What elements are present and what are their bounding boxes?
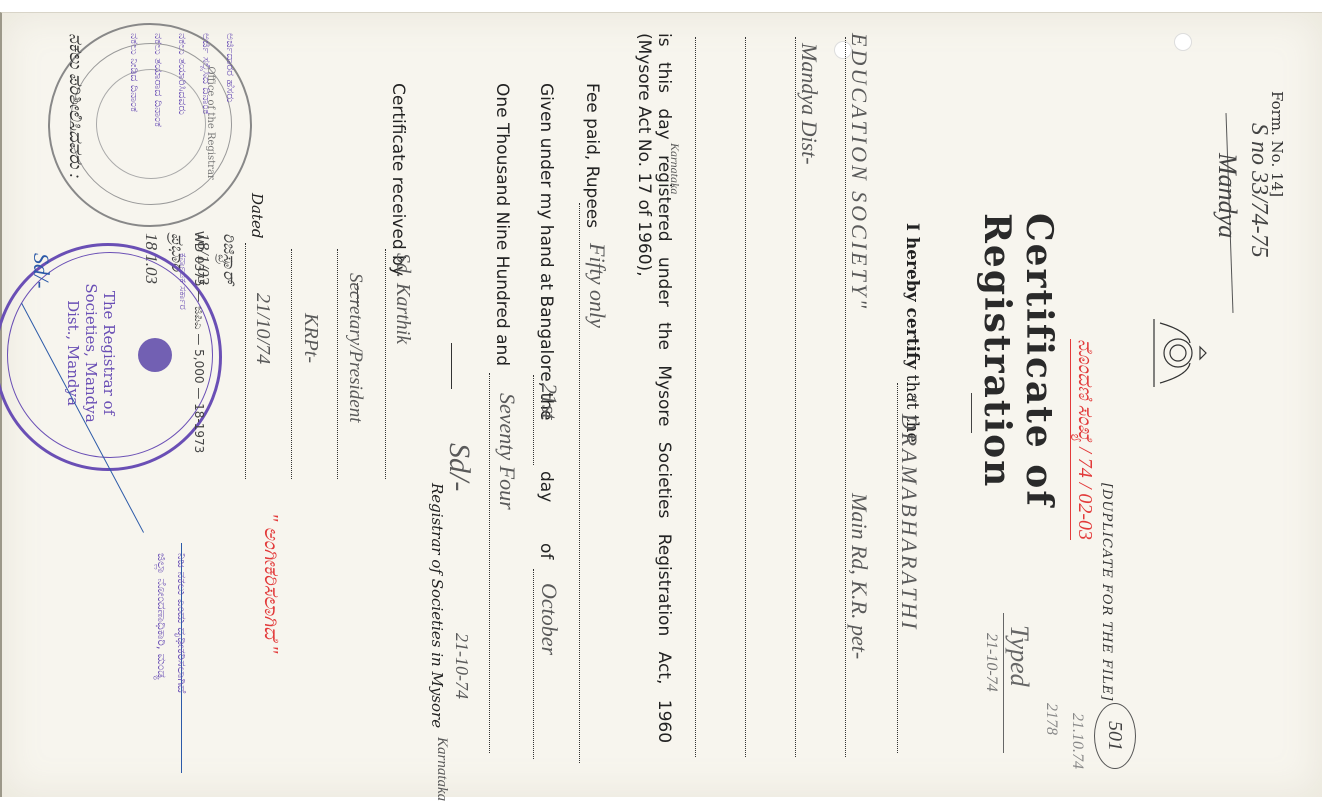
rotated-document: Form. No. 14] S no 33/74-75 Mandya [DUPL… <box>0 0 1328 808</box>
registrar-signature: Sd/- <box>442 443 476 491</box>
act-line-1: is this day registered under the Mysore … <box>654 33 674 743</box>
dotted-line <box>489 373 490 753</box>
dotted-line <box>337 249 338 479</box>
copy-details-labels: ಅರ್ಜಿದಾರರ ಹೆಸರು ಅರ್ಜಿ ಸಲ್ಲಿಸಿದ ದಿನಾಂಕ ನಕ… <box>122 33 242 127</box>
dotted-line <box>579 203 580 763</box>
society-name-2: EDUCATION SOCIETY" <box>846 33 872 311</box>
dotted-line <box>533 375 534 465</box>
society-name-1: " DRAMABHARATHI <box>896 393 922 632</box>
typed-date: 21-10-74 <box>982 633 1000 692</box>
given-month: October <box>536 583 562 655</box>
top-date: 21.10.74 <box>1068 713 1086 769</box>
certified-copy-text: ನಿಜ ನಕಲು ಎಂದು ದೃಢೀಕರಿಸಲಾಗಿದೆ ಜಿಲ್ಲಾ ನೋಂದ… <box>152 553 192 793</box>
dotted-line <box>533 569 534 759</box>
wd-number: WD 0375 — ಜಿಪಿಎ — 5,000 — 18-1973 <box>191 231 206 453</box>
duplicate-note: [DUPLICATE FOR THE FILE] <box>1099 483 1114 701</box>
registrar-seal-text: The Registrar of Societies, Mandya Dist.… <box>64 278 118 428</box>
received-label: Certificate received by <box>388 83 408 276</box>
copy-label: ಅರ್ಜಿದಾರರ ಹೆಸರು <box>218 33 242 127</box>
given-label: Given under my hand at Bangalore, the <box>536 83 556 420</box>
registrar-title: Registrar of Societies in Mysore <box>428 483 446 728</box>
punch-hole <box>1174 33 1192 51</box>
day-label: day <box>536 471 556 502</box>
dated-value: 21/10/74 <box>251 293 274 364</box>
dotted-line <box>385 249 386 479</box>
registrar-signature-date: 21-10-74 <box>451 633 472 699</box>
received-designation: Secretary/President <box>344 273 366 423</box>
society-address: Main Rd, K.R. pet- <box>846 493 872 659</box>
underline <box>1003 613 1004 753</box>
fee-label: Fee paid, Rupees <box>582 83 602 228</box>
fee-value: Fifty only <box>584 243 610 328</box>
dotted-line <box>291 249 292 479</box>
seal-emblem-icon <box>138 338 172 372</box>
place-note: Mandya <box>1212 153 1242 238</box>
society-place: Mandya Dist- <box>796 43 822 165</box>
certificate-paper: Form. No. 14] S no 33/74-75 Mandya [DUPL… <box>0 12 1322 797</box>
serial-number: S no 33/74-75 <box>1245 123 1272 258</box>
certified-subline: ಜಿಲ್ಲಾ ನೋಂದಣಾಧಿಕಾರಿ, ಮಂಡ್ಯ <box>152 553 172 793</box>
wd-sub: ಕರ್ನಾಟಕ ಸರ್ಕಾರ <box>177 253 188 310</box>
registrar-state: Karnataka <box>433 737 450 801</box>
file-number: 501 <box>1094 703 1136 769</box>
red-reference: ನೊಂದಣಿ ಸಂಖ್ಯೆ / 74 / 02-03 <box>1070 339 1096 540</box>
typed-stamp: Typed <box>1004 625 1034 687</box>
divider <box>971 393 972 433</box>
copy-label: ನಕಲು ತಯಾರಾದ ದಿನಾಂಕ <box>146 33 170 127</box>
state-emblem-icon <box>1150 313 1210 393</box>
state-correction: Karnataka <box>667 143 682 194</box>
dated-label: Dated <box>248 193 266 238</box>
given-day: 21st <box>536 383 562 420</box>
of-label: of <box>536 543 556 559</box>
copy-value: ರಿಜಿಸ್ಟ್ರಾರ್ <box>216 233 242 285</box>
act-line-2: (Mysore Act No. 17 of 1960), <box>634 33 654 277</box>
approved-note: " ಅಂಗೀಕರಿಸಲಾಗಿದೆ " <box>259 513 282 653</box>
blue-signature: Sd/- <box>28 253 54 288</box>
copy-label: ನಕಲು ನೀಡಿದ ದಿನಾಂಕ <box>122 33 146 127</box>
received-name: Sd. Karthik <box>391 253 414 344</box>
received-place: KRPt- <box>299 313 322 363</box>
dotted-line <box>695 37 696 757</box>
year-value: Seventy Four <box>494 393 520 510</box>
copy-label: ನಕಲು ತಯಾರಿಸಿದವರು <box>170 33 194 127</box>
copy-label: ಅರ್ಜಿ ಸಲ್ಲಿಸಿದ ದಿನಾಂಕ <box>194 33 218 127</box>
certified-line: ನಿಜ ನಕಲು ಎಂದು ದೃಢೀಕರಿಸಲಾಗಿದೆ <box>172 553 192 793</box>
verified-by: ನಕಲು ಪರಿಶೀಲಿಸಿದವರು : <box>65 33 86 179</box>
certify-bold: I hereby certify <box>902 223 922 369</box>
year-label: One Thousand Nine Hundred and <box>492 83 512 366</box>
dotted-line <box>245 243 246 479</box>
divider <box>451 343 452 389</box>
dotted-line <box>745 37 746 757</box>
top-number: 2178 <box>1042 703 1060 735</box>
